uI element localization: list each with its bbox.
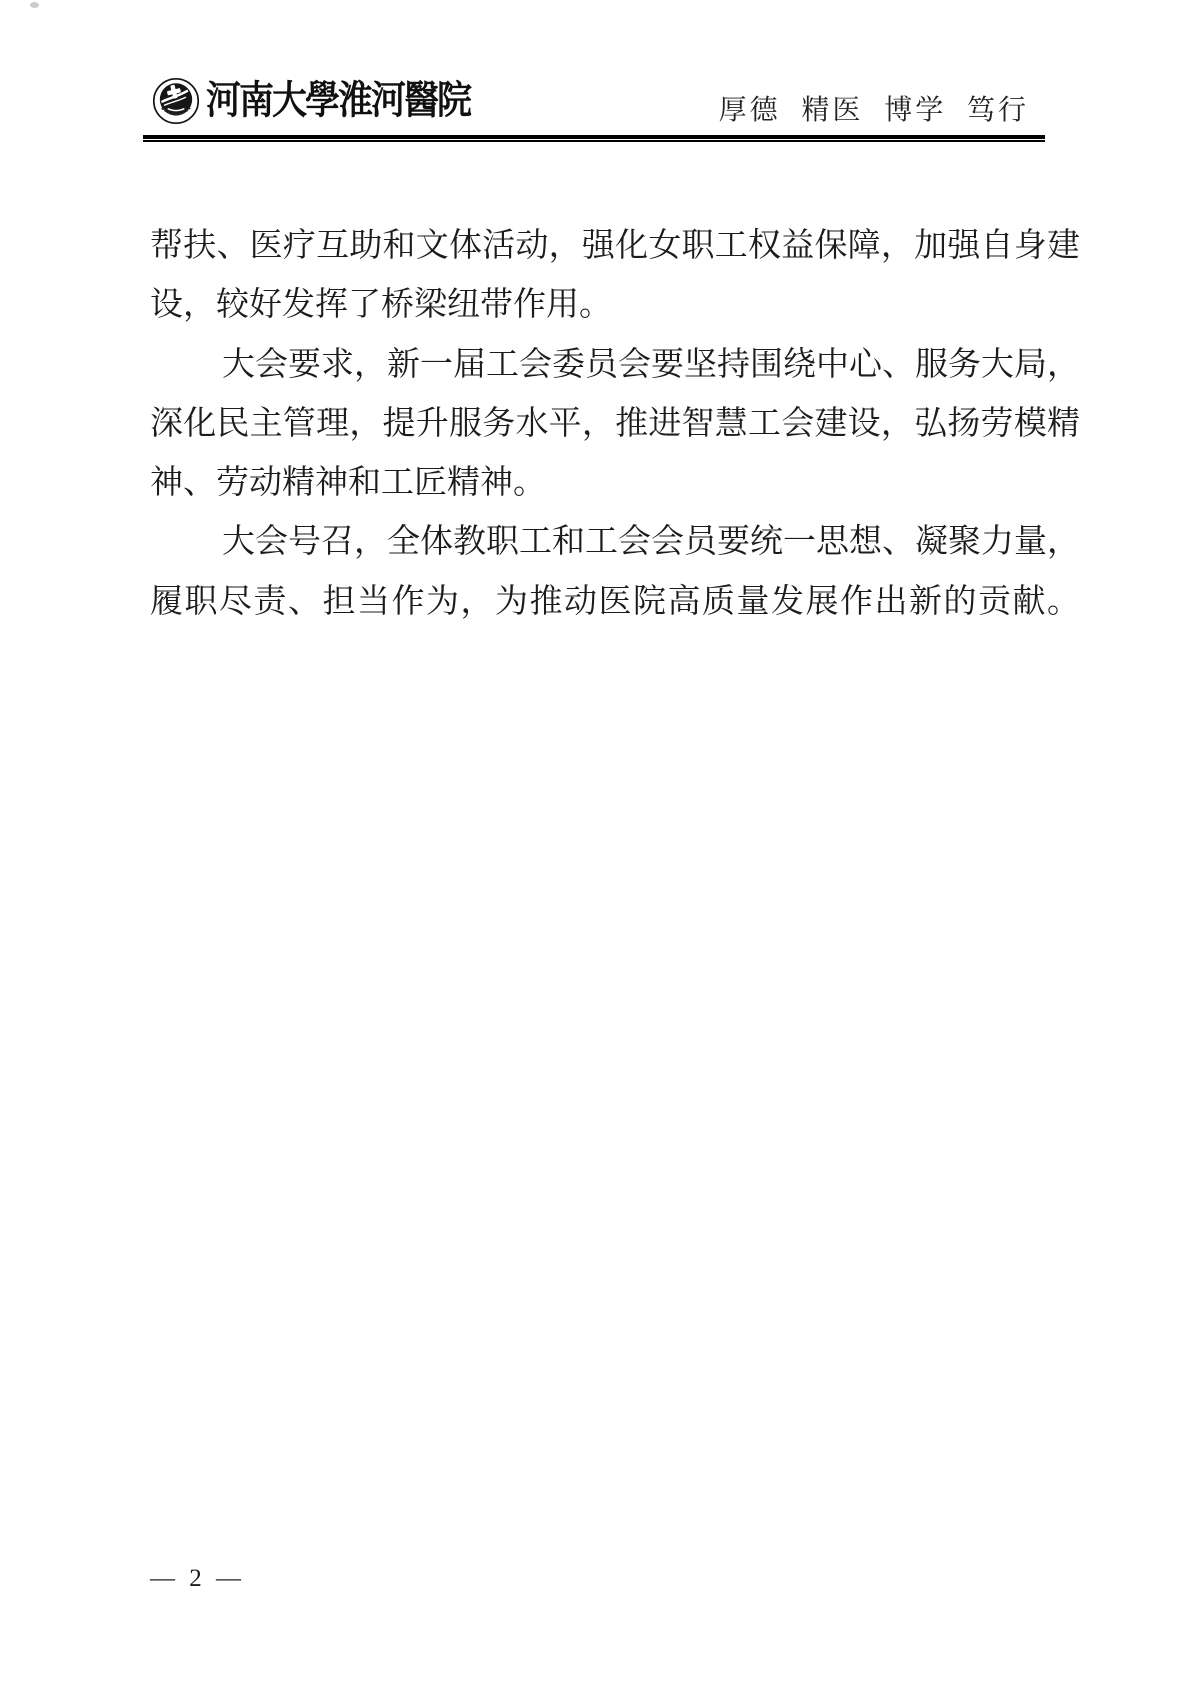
body-text-line: 大会要求，新一届工会委员会要坚持围绕中心、服务大局， (150, 336, 1080, 395)
scan-artifact (30, 2, 39, 8)
header-divider-rule (143, 135, 1045, 142)
hospital-name: 河南大學淮河醫院 (206, 75, 470, 127)
hospital-seal-icon (152, 77, 200, 125)
document-page: 河南大學淮河醫院 厚德 精医 博学 笃行 帮扶、医疗互助和文体活动，强化女职工权… (0, 0, 1190, 1683)
body-text-line: 帮扶、医疗互助和文体活动，强化女职工权益保障，加强自身建 (150, 217, 1080, 276)
document-body: 帮扶、医疗互助和文体活动，强化女职工权益保障，加强自身建 设，较好发挥了桥梁纽带… (150, 217, 1080, 632)
body-text-line: 神、劳动精神和工匠精神。 (150, 454, 1080, 513)
body-text-line: 大会号召，全体教职工和工会会员要统一思想、凝聚力量， (150, 513, 1080, 572)
body-text-line: 履职尽责、担当作为，为推动医院高质量发展作出新的贡献。 (150, 573, 1080, 632)
body-text-line: 深化民主管理，提升服务水平，推进智慧工会建设，弘扬劳模精 (150, 395, 1080, 454)
hospital-motto: 厚德 精医 博学 笃行 (719, 93, 1029, 127)
page-number: — 2 — (150, 1563, 245, 1595)
body-text-line: 设，较好发挥了桥梁纽带作用。 (150, 276, 1080, 335)
